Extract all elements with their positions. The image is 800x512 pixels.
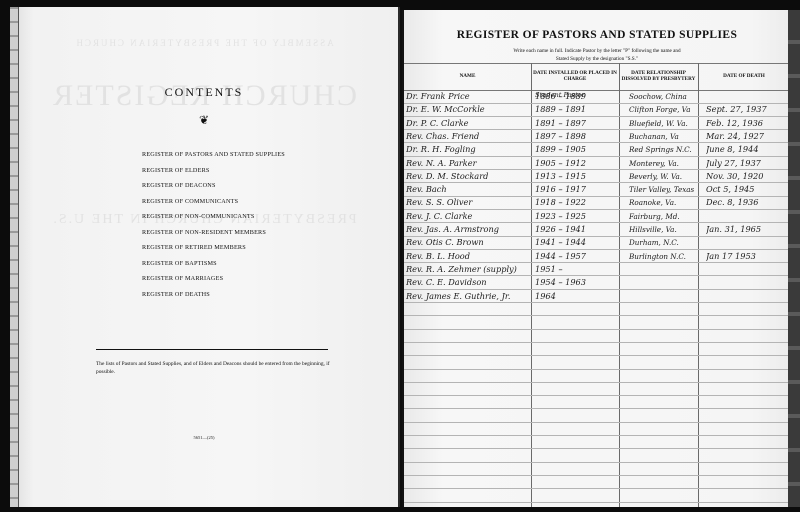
instructions-line-1: Write each name in full. Indicate Pastor… xyxy=(404,47,790,55)
name-cell[interactable]: Dr. Frank Price xyxy=(406,90,528,103)
table-row: Dr. Frank Price1886 – 1889Soochow, China xyxy=(404,90,790,103)
death-cell[interactable]: Dec. 8, 1936 xyxy=(706,196,788,209)
installed-cell[interactable]: 1964 xyxy=(535,290,621,303)
death-cell[interactable]: Feb. 12, 1936 xyxy=(706,117,788,130)
toc-item-elders[interactable]: Register of Elders xyxy=(142,163,285,179)
divider xyxy=(96,349,328,350)
dissolved-cell[interactable] xyxy=(629,290,705,303)
table-row: Rev. J. C. Clarke1923 – 1925Fairburg, Md… xyxy=(404,210,790,223)
death-cell[interactable] xyxy=(706,90,788,103)
installed-cell[interactable]: 1954 – 1963 xyxy=(535,276,621,289)
name-cell[interactable]: Rev. B. L. Hood xyxy=(406,250,528,263)
table-row: Dr. P. C. Clarke1891 – 1897Bluefield, W.… xyxy=(404,117,790,130)
dissolved-cell[interactable]: Hillsville, Va. xyxy=(629,223,705,236)
dissolved-cell[interactable]: Fairburg, Md. xyxy=(629,210,705,223)
name-cell[interactable]: Dr. E. W. McCorkle xyxy=(406,103,528,116)
name-cell[interactable]: Rev. C. E. Davidson xyxy=(406,276,528,289)
name-cell[interactable]: Rev. Bach xyxy=(406,183,528,196)
death-cell[interactable] xyxy=(706,276,788,289)
death-cell[interactable] xyxy=(706,290,788,303)
table-row: Rev. C. E. Davidson1954 – 1963 xyxy=(404,276,790,289)
dissolved-cell[interactable]: Beverly, W. Va. xyxy=(629,170,705,183)
table-row: Dr. R. H. Fogling1899 – 1905Red Springs … xyxy=(404,143,790,156)
rule-line xyxy=(404,462,790,463)
table-row: Dr. E. W. McCorkle1889 – 1891Clifton For… xyxy=(404,103,790,116)
toc-item-deaths[interactable]: Register of Deaths xyxy=(142,287,285,303)
table-row: Rev. Jas. A. Armstrong1926 – 1941Hillsvi… xyxy=(404,223,790,236)
column-header-installed: Date Installed or Placed in Charge xyxy=(531,64,619,90)
installed-cell[interactable]: 1891 – 1897 xyxy=(535,117,621,130)
installed-cell[interactable]: 1918 – 1922 xyxy=(535,196,621,209)
contents-page: ASSEMBLY OF THE PRESBYTERIAN CHURCH CHUR… xyxy=(10,7,400,507)
register-table: Name Date Installed or Placed in Charge … xyxy=(404,63,790,507)
toc-item-retired[interactable]: Register of Retired Members xyxy=(142,240,285,256)
installed-cell[interactable]: 1905 – 1912 xyxy=(535,157,621,170)
column-header-death: Date of Death xyxy=(698,64,790,90)
death-cell[interactable]: Sept. 27, 1937 xyxy=(706,103,788,116)
dissolved-cell[interactable]: Roanoke, Va. xyxy=(629,196,705,209)
name-cell[interactable]: Rev. J. C. Clarke xyxy=(406,210,528,223)
rule-line xyxy=(404,329,790,330)
table-row: Rev. D. M. Stockard1913 – 1915Beverly, W… xyxy=(404,170,790,183)
installed-cell[interactable]: 1889 – 1891 xyxy=(535,103,621,116)
installed-cell[interactable]: 1944 – 1957 xyxy=(535,250,621,263)
table-row: Rev. N. A. Parker1905 – 1912Monterey, Va… xyxy=(404,157,790,170)
dissolved-cell[interactable]: Bluefield, W. Va. xyxy=(629,117,705,130)
instructions-line-2: Stated Supply by the designation "S.S." xyxy=(404,55,790,63)
installed-cell[interactable]: 1941 – 1944 xyxy=(535,236,621,249)
rule-line xyxy=(404,502,790,503)
table-row: Rev. Chas. Friend1897 – 1898Buchanan, Va… xyxy=(404,130,790,143)
installed-cell[interactable]: 1916 – 1917 xyxy=(535,183,621,196)
table-row: Rev. James E. Guthrie, Jr.1964 xyxy=(404,290,790,303)
dissolved-cell[interactable]: Red Springs N.C. xyxy=(629,143,705,156)
toc-item-non-communicants[interactable]: Register of Non-Communicants xyxy=(142,209,285,225)
installed-cell[interactable]: 1886 – 1889 xyxy=(535,90,621,103)
dissolved-cell[interactable] xyxy=(629,276,705,289)
rule-line xyxy=(404,395,790,396)
name-cell[interactable]: Rev. Jas. A. Armstrong xyxy=(406,223,528,236)
toc-item-baptisms[interactable]: Register of Baptisms xyxy=(142,256,285,272)
rule-line xyxy=(404,422,790,423)
name-cell[interactable]: Rev. Chas. Friend xyxy=(406,130,528,143)
rule-line xyxy=(404,355,790,356)
dissolved-cell[interactable]: Buchanan, Va xyxy=(629,130,705,143)
column-header-name: Name xyxy=(404,64,531,90)
page-number: 5651—(25) xyxy=(10,435,398,440)
installed-cell[interactable]: 1923 – 1925 xyxy=(535,210,621,223)
rule-line xyxy=(404,488,790,489)
death-cell[interactable]: Oct 5, 1945 xyxy=(706,183,788,196)
installed-cell[interactable]: 1926 – 1941 xyxy=(535,223,621,236)
dissolved-cell[interactable]: Monterey, Va. xyxy=(629,157,705,170)
table-header-row: Name Date Installed or Placed in Charge … xyxy=(404,63,790,91)
death-cell[interactable] xyxy=(706,236,788,249)
death-cell[interactable] xyxy=(706,210,788,223)
death-cell[interactable]: Mar. 24, 1927 xyxy=(706,130,788,143)
name-cell[interactable]: Rev. R. A. Zehmer (supply) xyxy=(406,263,528,276)
toc-item-communicants[interactable]: Register of Communicants xyxy=(142,194,285,210)
installed-cell[interactable]: 1951 – xyxy=(535,263,621,276)
toc-item-non-resident[interactable]: Register of Non-Resident Members xyxy=(142,225,285,241)
rule-line xyxy=(404,369,790,370)
dissolved-cell[interactable]: Burlington N.C. xyxy=(629,250,705,263)
dissolved-cell[interactable]: Soochow, China xyxy=(629,90,705,103)
name-cell[interactable]: Dr. R. H. Fogling xyxy=(406,143,528,156)
name-cell[interactable]: Dr. P. C. Clarke xyxy=(406,117,528,130)
toc-item-marriages[interactable]: Register of Marriages xyxy=(142,271,285,287)
death-cell[interactable]: July 27, 1937 xyxy=(706,157,788,170)
dissolved-cell[interactable] xyxy=(629,263,705,276)
death-cell[interactable] xyxy=(706,263,788,276)
fleuron-ornament-icon: ❦ xyxy=(10,113,398,128)
installed-cell[interactable]: 1897 – 1898 xyxy=(535,130,621,143)
instruction-note: The lists of Pastors and Stated Supplies… xyxy=(96,360,330,376)
rule-line xyxy=(404,408,790,409)
dissolved-cell[interactable]: Durham, N.C. xyxy=(629,236,705,249)
page-instructions: Write each name in full. Indicate Pastor… xyxy=(404,47,790,63)
installed-cell[interactable]: 1899 – 1905 xyxy=(535,143,621,156)
rule-line xyxy=(404,475,790,476)
table-row: Rev. S. S. Oliver1918 – 1922Roanoke, Va.… xyxy=(404,196,790,209)
rule-line xyxy=(404,342,790,343)
death-cell[interactable]: Jan. 31, 1965 xyxy=(706,223,788,236)
table-row: Rev. Otis C. Brown1941 – 1944Durham, N.C… xyxy=(404,236,790,249)
toc-item-deacons[interactable]: Register of Deacons xyxy=(142,178,285,194)
dissolved-cell[interactable]: Tiler Valley, Texas xyxy=(629,183,705,196)
table-row: Rev. R. A. Zehmer (supply)1951 – xyxy=(404,263,790,276)
contents-heading: CONTENTS xyxy=(10,85,398,100)
table-row: Rev. Bach1916 – 1917Tiler Valley, TexasO… xyxy=(404,183,790,196)
column-header-dissolved: Date Relationship Dissolved by Presbyter… xyxy=(619,64,698,90)
rule-line xyxy=(404,448,790,449)
name-cell[interactable]: Rev. James E. Guthrie, Jr. xyxy=(406,290,528,303)
name-cell[interactable]: Rev. D. M. Stockard xyxy=(406,170,528,183)
toc-item-pastors[interactable]: Register of Pastors and Stated Supplies xyxy=(142,147,285,163)
pastors-register-page: REGISTER OF PASTORS AND STATED SUPPLIES … xyxy=(402,10,790,507)
death-cell[interactable]: June 8, 1944 xyxy=(706,143,788,156)
name-cell[interactable]: Rev. S. S. Oliver xyxy=(406,196,528,209)
table-of-contents: Register of Pastors and Stated Supplies … xyxy=(142,147,285,302)
installed-cell[interactable]: 1913 – 1915 xyxy=(535,170,621,183)
rule-line xyxy=(404,382,790,383)
bleed-through-text: ASSEMBLY OF THE PRESBYTERIAN CHURCH xyxy=(10,38,398,48)
death-cell[interactable]: Jan 17 1953 xyxy=(706,250,788,263)
table-row: Rev. B. L. Hood1944 – 1957Burlington N.C… xyxy=(404,250,790,263)
name-cell[interactable]: Rev. Otis C. Brown xyxy=(406,236,528,249)
rule-line xyxy=(404,435,790,436)
page-title: REGISTER OF PASTORS AND STATED SUPPLIES xyxy=(404,29,790,41)
name-cell[interactable]: Rev. N. A. Parker xyxy=(406,157,528,170)
rule-line xyxy=(404,315,790,316)
page-edge-tabs xyxy=(788,10,800,507)
death-cell[interactable]: Nov. 30, 1920 xyxy=(706,170,788,183)
dissolved-cell[interactable]: Clifton Forge, Va xyxy=(629,103,705,116)
